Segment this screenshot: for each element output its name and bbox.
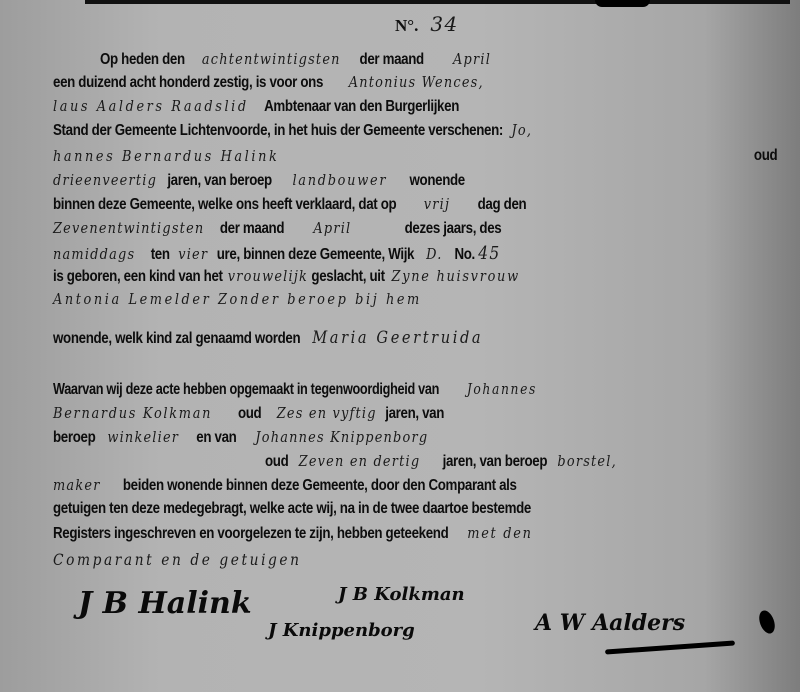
- printed-text: binnen deze Gemeente, welke ons heeft ve…: [53, 196, 396, 213]
- text-line-5: hannes Bernardus Halink oud: [53, 147, 800, 166]
- text-line-19: Registers ingeschreven en voorgelezen te…: [53, 524, 533, 543]
- printed-text: en van: [196, 429, 236, 446]
- signature-witness-1: J B Kolkman: [338, 584, 465, 605]
- text-line-11: Antonia Lemelder Zonder beroep bij hem: [53, 290, 422, 309]
- handwritten-witness-occupation: borstel,: [557, 452, 616, 470]
- text-line-14: Bernardus Kolkman oud Zes en vyftig jare…: [53, 404, 444, 423]
- signature-official: A W Aalders: [535, 610, 685, 636]
- handwritten-witness-age: Zes en vyftig: [277, 404, 377, 422]
- printed-text: wonende: [409, 172, 464, 189]
- handwritten-ward: D.: [426, 245, 442, 263]
- printed-text: ten: [151, 246, 170, 263]
- number-value: 34: [430, 12, 458, 36]
- handwritten-month: April: [453, 50, 491, 68]
- printed-text: Registers ingeschreven en voorgelezen te…: [53, 525, 448, 542]
- handwritten-father-name: hannes Bernardus Halink: [53, 147, 279, 165]
- printed-text: getuigen ten deze medegebragt, welke act…: [53, 500, 531, 517]
- handwritten-text: Zyne huisvrouw: [392, 267, 520, 285]
- handwritten-witness-name: Bernardus Kolkman: [53, 404, 212, 422]
- text-line-1: Op heden den achtentwintigsten der maand…: [100, 50, 491, 69]
- text-line-8: Zevenentwintigsten der maand April dezes…: [53, 219, 501, 238]
- printed-text: is geboren, een kind van het: [53, 268, 223, 285]
- text-line-4: Stand der Gemeente Lichtenvoorde, in het…: [53, 121, 532, 140]
- handwritten-child-name: Maria Geertruida: [312, 328, 483, 348]
- handwritten-sex: vrouwelijk: [228, 267, 308, 285]
- handwritten-witness-name: Johannes: [467, 380, 537, 398]
- printed-text: Op heden den: [100, 51, 185, 68]
- handwritten-official-name: Antonius Wences,: [349, 73, 484, 91]
- act-number: N°. 34: [395, 12, 459, 36]
- text-line-20: Comparant en de getuigen: [53, 550, 302, 570]
- text-line-2: een duizend acht honderd zestig, is voor…: [53, 73, 484, 92]
- printed-text: dag den: [478, 196, 527, 213]
- handwritten-mother-name: Antonia Lemelder Zonder beroep bij hem: [53, 290, 422, 308]
- top-border: [85, 0, 790, 4]
- handwritten-witness-age: Zeven en dertig: [299, 452, 421, 470]
- printed-text: oud: [238, 405, 261, 422]
- handwritten-birth-day: Zevenentwintigsten: [53, 219, 204, 237]
- text-line-15: beroep winkelier en van Johannes Knippen…: [53, 428, 428, 447]
- text-line-3: laus Aalders Raadslid Ambtenaar van den …: [53, 97, 459, 116]
- handwritten-closing: Comparant en de getuigen: [53, 550, 302, 569]
- printed-text: jaren, van beroep: [443, 453, 548, 470]
- printed-text: jaren, van: [385, 405, 444, 422]
- printed-text: der maand: [220, 220, 284, 237]
- handwritten-text: Jo,: [512, 121, 533, 139]
- handwritten-witness-occupation: winkelier: [107, 428, 179, 446]
- printed-text: Waarvan wij deze acte hebben opgemaakt i…: [53, 381, 439, 398]
- handwritten-day: achtentwintigsten: [202, 50, 341, 68]
- printed-text: een duizend acht honderd zestig, is voor…: [53, 74, 323, 91]
- printed-text: dezes jaars, des: [405, 220, 502, 237]
- text-line-13: Waarvan wij deze acte hebben opgemaakt i…: [53, 380, 537, 399]
- number-label: N°.: [395, 16, 418, 35]
- printed-text: wonende, welk kind zal genaamd worden: [53, 330, 300, 347]
- printed-text: beroep: [53, 429, 95, 446]
- handwritten-weekday: vrij: [424, 195, 450, 213]
- printed-text: Ambtenaar van den Burgerlijken: [264, 98, 459, 115]
- text-line-12: wonende, welk kind zal genaamd worden Ma…: [53, 328, 483, 348]
- handwritten-age: drieenveertig: [53, 171, 157, 189]
- handwritten-time-of-day: namiddags: [53, 245, 135, 263]
- printed-text: jaren, van beroep: [167, 172, 272, 189]
- printed-text: beiden wonende binnen deze Gemeente, doo…: [123, 477, 517, 494]
- signature-father: J B Halink: [78, 586, 252, 621]
- printed-text: Stand der Gemeente Lichtenvoorde, in het…: [53, 122, 503, 139]
- handwritten-occupation: landbouwer: [292, 171, 387, 189]
- signature-witness-2: J Knippenborg: [268, 620, 415, 641]
- text-line-16: oud Zeven en dertig jaren, van beroep bo…: [265, 452, 617, 471]
- handwritten-house-number: 45: [478, 243, 500, 264]
- handwritten-official-name: laus Aalders Raadslid: [53, 97, 249, 115]
- ink-blot: [595, 0, 650, 7]
- handwritten-text: met den: [467, 524, 532, 542]
- handwritten-occupation-continued: maker: [53, 476, 101, 494]
- text-line-7: binnen deze Gemeente, welke ons heeft ve…: [53, 195, 526, 214]
- text-line-17: maker beiden wonende binnen deze Gemeent…: [53, 476, 517, 495]
- text-line-6: drieenveertig jaren, van beroep landbouw…: [53, 171, 465, 190]
- handwritten-witness-name: Johannes Knippenborg: [255, 428, 428, 446]
- ink-mark: [756, 608, 777, 635]
- handwritten-month: April: [313, 219, 351, 237]
- text-line-9: namiddags ten vier ure, binnen deze Geme…: [53, 243, 500, 264]
- handwritten-hour: vier: [178, 245, 208, 263]
- printed-text: oud: [265, 453, 288, 470]
- document-page: N°. 34 Op heden den achtentwintigsten de…: [0, 0, 800, 692]
- printed-text: der maand: [360, 51, 424, 68]
- printed-text: geslacht, uit: [311, 268, 384, 285]
- text-line-18: getuigen ten deze medegebragt, welke act…: [53, 500, 531, 518]
- printed-text: No.: [454, 246, 474, 263]
- text-line-10: is geboren, een kind van het vrouwelijk …: [53, 267, 520, 286]
- printed-text: ure, binnen deze Gemeente, Wijk: [217, 246, 414, 263]
- printed-text: oud: [754, 147, 777, 165]
- signature-flourish: [605, 640, 735, 654]
